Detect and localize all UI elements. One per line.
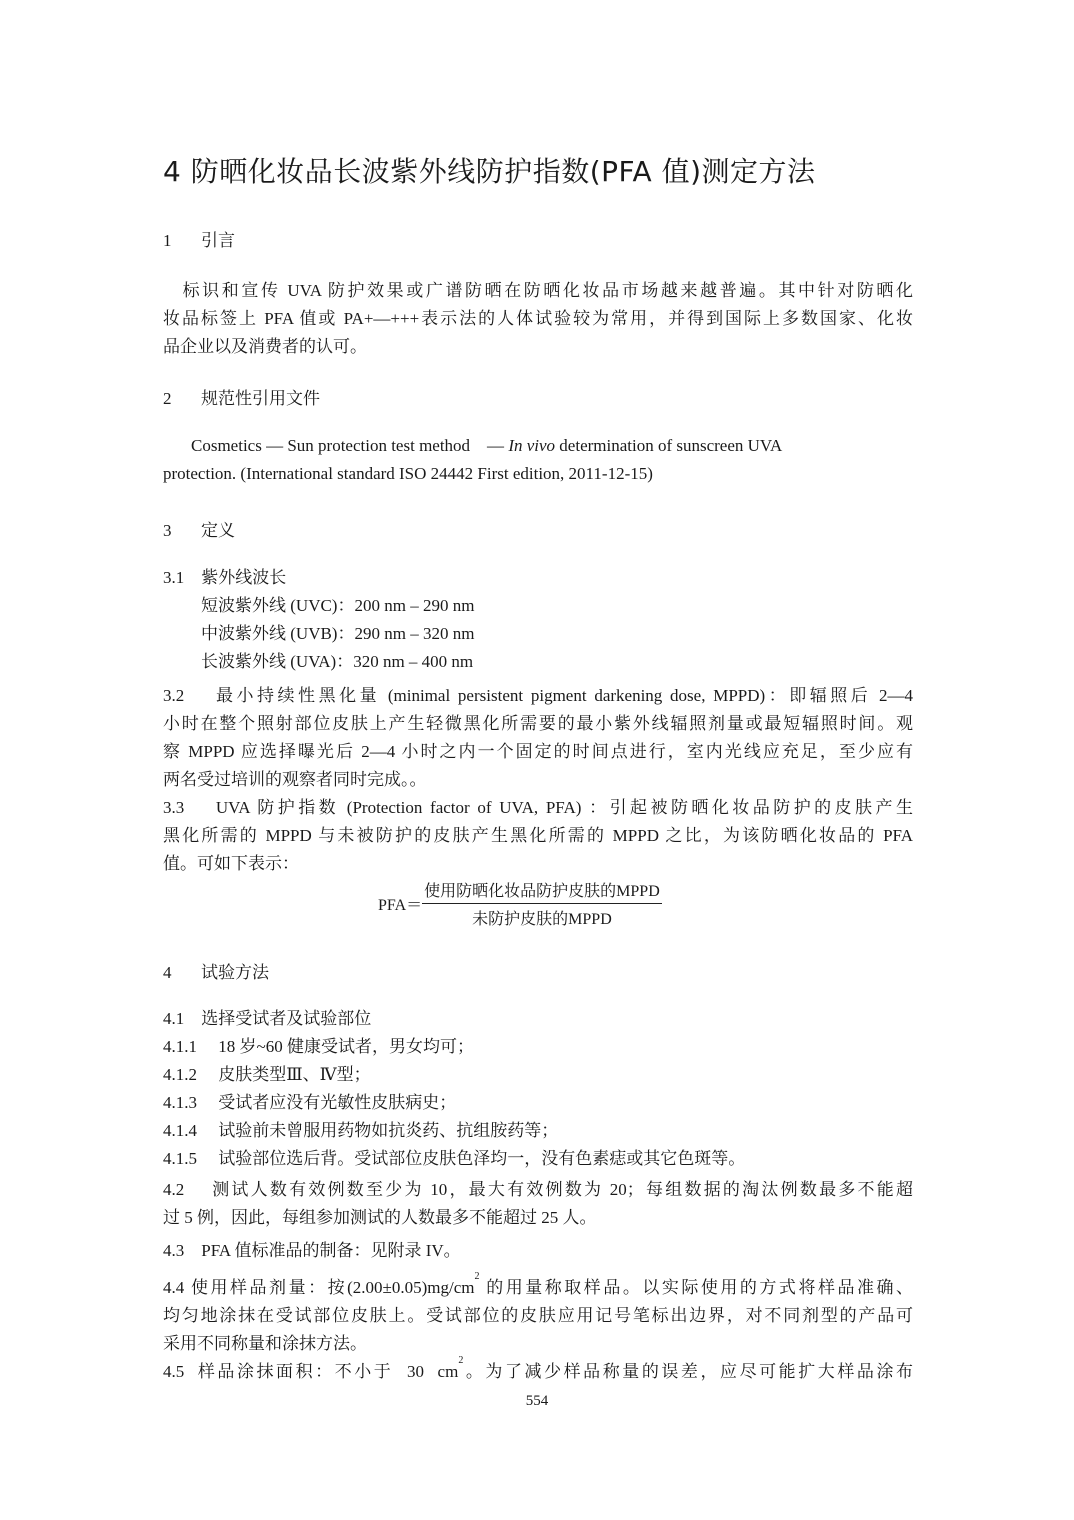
list-item: 4.1.1 18 岁~60 健康受试者，男女均可；: [163, 1033, 474, 1061]
wavelength-uvb: 中波紫外线 (UVB)：290 nm – 320 nm: [201, 620, 474, 648]
paragraph-line: 品企业以及消费者的认可。: [163, 332, 913, 357]
page-number: 554: [0, 1393, 1074, 1410]
subsection-4-1: 4.1 选择受试者及试验部位: [163, 1005, 371, 1033]
paragraph-line: 标识和宣传 UVA 防护效果或广谱防晒在防晒化妆品市场越来越普遍。其中针对防晒化: [163, 276, 913, 301]
section-heading-2: 2规范性引用文件: [163, 384, 320, 409]
page-title: 4 防晒化妆品长波紫外线防护指数(PFA 值)测定方法: [163, 150, 816, 190]
list-item: 4.1.5 试验部位选后背。受试部位皮肤色泽均一，没有色素痣或其它色斑等。: [163, 1145, 745, 1173]
paragraph-line: 小时在整个照射部位皮肤上产生轻微黑化所需要的最小紫外线辐照剂量或最短辐照时间。观: [163, 709, 913, 734]
paragraph-line: 3.3 UVA 防护指数 (Protection factor of UVA, …: [163, 793, 913, 818]
section-heading-1: 1引言: [163, 226, 235, 251]
list-item: 4.1.2 皮肤类型Ⅲ、Ⅳ型；: [163, 1061, 371, 1089]
paragraph-line: 黑化所需的 MPPD 与未被防护的皮肤产生黑化所需的 MPPD 之比，为该防晒化…: [163, 821, 913, 846]
wavelength-uvc: 短波紫外线 (UVC)：200 nm – 290 nm: [201, 592, 474, 620]
paragraph-line: 值。可如下表示：: [163, 849, 913, 874]
paragraph-line: 察 MPPD 应选择曝光后 2—4 小时之内一个固定的时间点进行，室内光线应充足…: [163, 737, 913, 762]
list-item: 4.1.3 受试者应没有光敏性皮肤病史；: [163, 1089, 456, 1117]
paragraph-line: 4.5 样品涂抹面积：不小于 30 cm2。为了减少样品称量的误差，应尽可能扩大…: [163, 1357, 913, 1382]
paragraph-line: 3.2 最小持续性黑化量 (minimal persistent pigment…: [163, 681, 913, 706]
wavelength-uva: 长波紫外线 (UVA)：320 nm – 400 nm: [201, 648, 473, 676]
paragraph-line: 两名受过培训的观察者同时完成。。: [163, 765, 913, 790]
subsection-3-1: 3.1 紫外线波长: [163, 564, 286, 592]
paragraph-line: 采用不同称量和涂抹方法。: [163, 1329, 913, 1354]
paragraph-line: 4.4 使用样品剂量：按(2.00±0.05)mg/cm2 的用量称取样品。以实…: [163, 1273, 913, 1298]
section-heading-4: 4试验方法: [163, 958, 269, 983]
section-heading-3: 3定义: [163, 516, 235, 541]
list-item: 4.1.4 试验前未曾服用药物如抗炎药、抗组胺药等；: [163, 1117, 558, 1145]
reference-line: protection. (International standard ISO …: [163, 460, 653, 488]
formula-fraction: 使用防晒化妆品防护皮肤的MPPD未防护皮肤的MPPD: [422, 878, 662, 929]
subsection-4-3: 4.3 PFA 值标准品的制备：见附录 IV。: [163, 1237, 461, 1265]
paragraph-line: 过 5 例，因此，每组参加测试的人数最多不能超过 25 人。: [163, 1203, 913, 1228]
paragraph-line: 妆品标签上 PFA 值或 PA+—+++表示法的人体试验较为常用，并得到国际上多…: [163, 304, 913, 329]
paragraph-line: 均匀地涂抹在受试部位皮肤上。受试部位的皮肤应用记号笔标出边界，对不同剂型的产品可: [163, 1301, 913, 1326]
reference-line: Cosmetics — Sun protection test method —…: [191, 432, 782, 460]
paragraph-line: 4.2 测试人数有效例数至少为 10，最大有效例数为 20；每组数据的淘汰例数最…: [163, 1175, 913, 1200]
pfa-formula: PFA＝使用防晒化妆品防护皮肤的MPPD未防护皮肤的MPPD: [378, 878, 662, 929]
